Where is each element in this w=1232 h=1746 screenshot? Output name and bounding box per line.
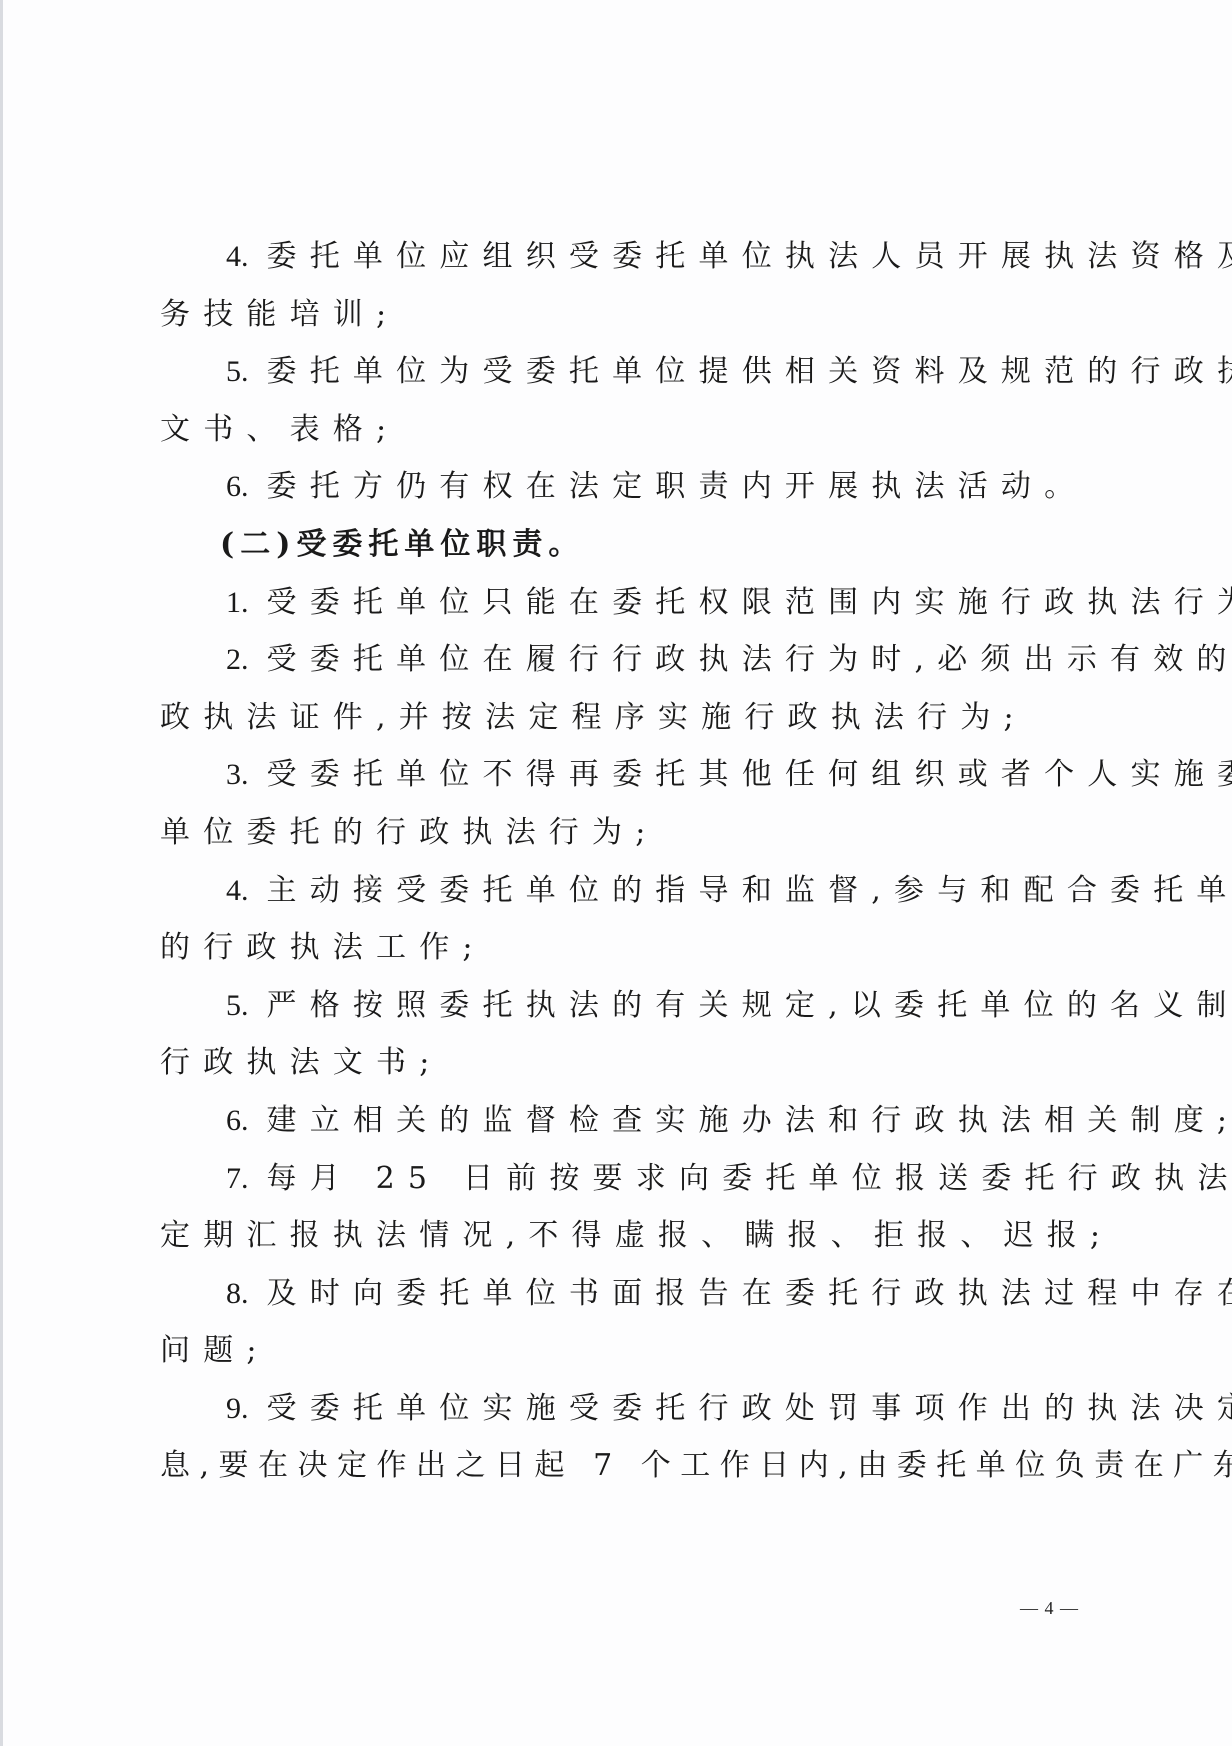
line-text: 定期汇报执法情况,不得虚报、瞒报、拒报、迟报;	[160, 1218, 1113, 1253]
item-number: 6.	[226, 470, 249, 503]
paragraph-line: 8.及时向委托单位书面报告在委托行政执法过程中存在的	[160, 1265, 1075, 1323]
line-text: 建立相关的监督检查实施办法和行政执法相关制度;	[267, 1103, 1232, 1138]
item-number: 1.	[226, 586, 249, 619]
paragraph-line: 9.受委托单位实施受委托行政处罚事项作出的执法决定信	[160, 1380, 1075, 1438]
paragraph-line: 的行政执法工作;	[160, 919, 1075, 977]
item-number: 2.	[226, 643, 249, 676]
line-text: 每月 25 日前按要求向委托单位报送委托行政执法报表,	[267, 1161, 1232, 1196]
paragraph-line: 5.严格按照委托执法的有关规定,以委托单位的名义制作	[160, 977, 1075, 1035]
line-text: 及时向委托单位书面报告在委托行政执法过程中存在的	[267, 1276, 1232, 1311]
line-text: 文书、表格;	[160, 412, 399, 447]
paragraph-line: 息,要在决定作出之日起 7 个工作日内,由委托单位负责在广东	[160, 1437, 1075, 1495]
line-text: 政执法证件,并按法定程序实施行政执法行为;	[160, 700, 1027, 735]
item-number: 8.	[226, 1277, 249, 1310]
paragraph-line: 6.委托方仍有权在法定职责内开展执法活动。	[160, 458, 1075, 516]
line-text: 受委托单位在履行行政执法行为时,必须出示有效的行	[267, 642, 1232, 677]
item-number: 5.	[226, 355, 249, 388]
line-text: 单位委托的行政执法行为;	[160, 815, 659, 850]
line-text: 的行政执法工作;	[160, 930, 486, 965]
item-number: 9.	[226, 1392, 249, 1425]
paragraph-line: 1.受委托单位只能在委托权限范围内实施行政执法行为;	[160, 574, 1075, 632]
paragraph-line: 文书、表格;	[160, 401, 1075, 459]
paragraph-line: 政执法证件,并按法定程序实施行政执法行为;	[160, 689, 1075, 747]
section-heading-text: (二)受委托单位职责。	[220, 527, 584, 562]
line-text: 息,要在决定作出之日起 7 个工作日内,由委托单位负责在广东	[160, 1448, 1232, 1483]
scan-edge-shadow	[0, 0, 3, 1746]
document-page: 4.委托单位应组织受委托单位执法人员开展执法资格及业 务技能培训; 5.委托单位…	[0, 0, 1232, 1746]
paragraph-line: 6.建立相关的监督检查实施办法和行政执法相关制度;	[160, 1092, 1075, 1150]
document-body: 4.委托单位应组织受委托单位执法人员开展执法资格及业 务技能培训; 5.委托单位…	[160, 228, 1075, 1495]
line-text: 严格按照委托执法的有关规定,以委托单位的名义制作	[267, 988, 1232, 1023]
item-number: 4.	[226, 240, 249, 273]
item-number: 4.	[226, 874, 249, 907]
line-text: 委托单位为受委托单位提供相关资料及规范的行政执法	[267, 354, 1232, 389]
paragraph-line: 定期汇报执法情况,不得虚报、瞒报、拒报、迟报;	[160, 1207, 1075, 1265]
paragraph-line: 务技能培训;	[160, 286, 1075, 344]
item-number: 6.	[226, 1104, 249, 1137]
line-text: 行政执法文书;	[160, 1045, 443, 1080]
paragraph-line: 问题;	[160, 1322, 1075, 1380]
paragraph-line: 单位委托的行政执法行为;	[160, 804, 1075, 862]
line-text: 问题;	[160, 1333, 270, 1368]
paragraph-line: 5.委托单位为受委托单位提供相关资料及规范的行政执法	[160, 343, 1075, 401]
paragraph-line: 4.主动接受委托单位的指导和监督,参与和配合委托单位	[160, 862, 1075, 920]
page-number: — 4 —	[1020, 1598, 1079, 1619]
paragraph-line: 3.受委托单位不得再委托其他任何组织或者个人实施委托	[160, 746, 1075, 804]
line-text: 务技能培训;	[160, 297, 399, 332]
item-number: 5.	[226, 989, 249, 1022]
line-text: 受委托单位不得再委托其他任何组织或者个人实施委托	[267, 757, 1232, 792]
paragraph-line: 4.委托单位应组织受委托单位执法人员开展执法资格及业	[160, 228, 1075, 286]
paragraph-line: 行政执法文书;	[160, 1034, 1075, 1092]
paragraph-line: 2.受委托单位在履行行政执法行为时,必须出示有效的行	[160, 631, 1075, 689]
item-number: 3.	[226, 758, 249, 791]
section-heading: (二)受委托单位职责。	[160, 516, 1075, 574]
line-text: 委托方仍有权在法定职责内开展执法活动。	[267, 469, 1088, 504]
line-text: 受委托单位实施受委托行政处罚事项作出的执法决定信	[267, 1391, 1232, 1426]
line-text: 受委托单位只能在委托权限范围内实施行政执法行为;	[267, 585, 1232, 620]
paragraph-line: 7.每月 25 日前按要求向委托单位报送委托行政执法报表,	[160, 1150, 1075, 1208]
line-text: 主动接受委托单位的指导和监督,参与和配合委托单位	[267, 873, 1232, 908]
item-number: 7.	[226, 1162, 249, 1195]
line-text: 委托单位应组织受委托单位执法人员开展执法资格及业	[267, 239, 1232, 274]
